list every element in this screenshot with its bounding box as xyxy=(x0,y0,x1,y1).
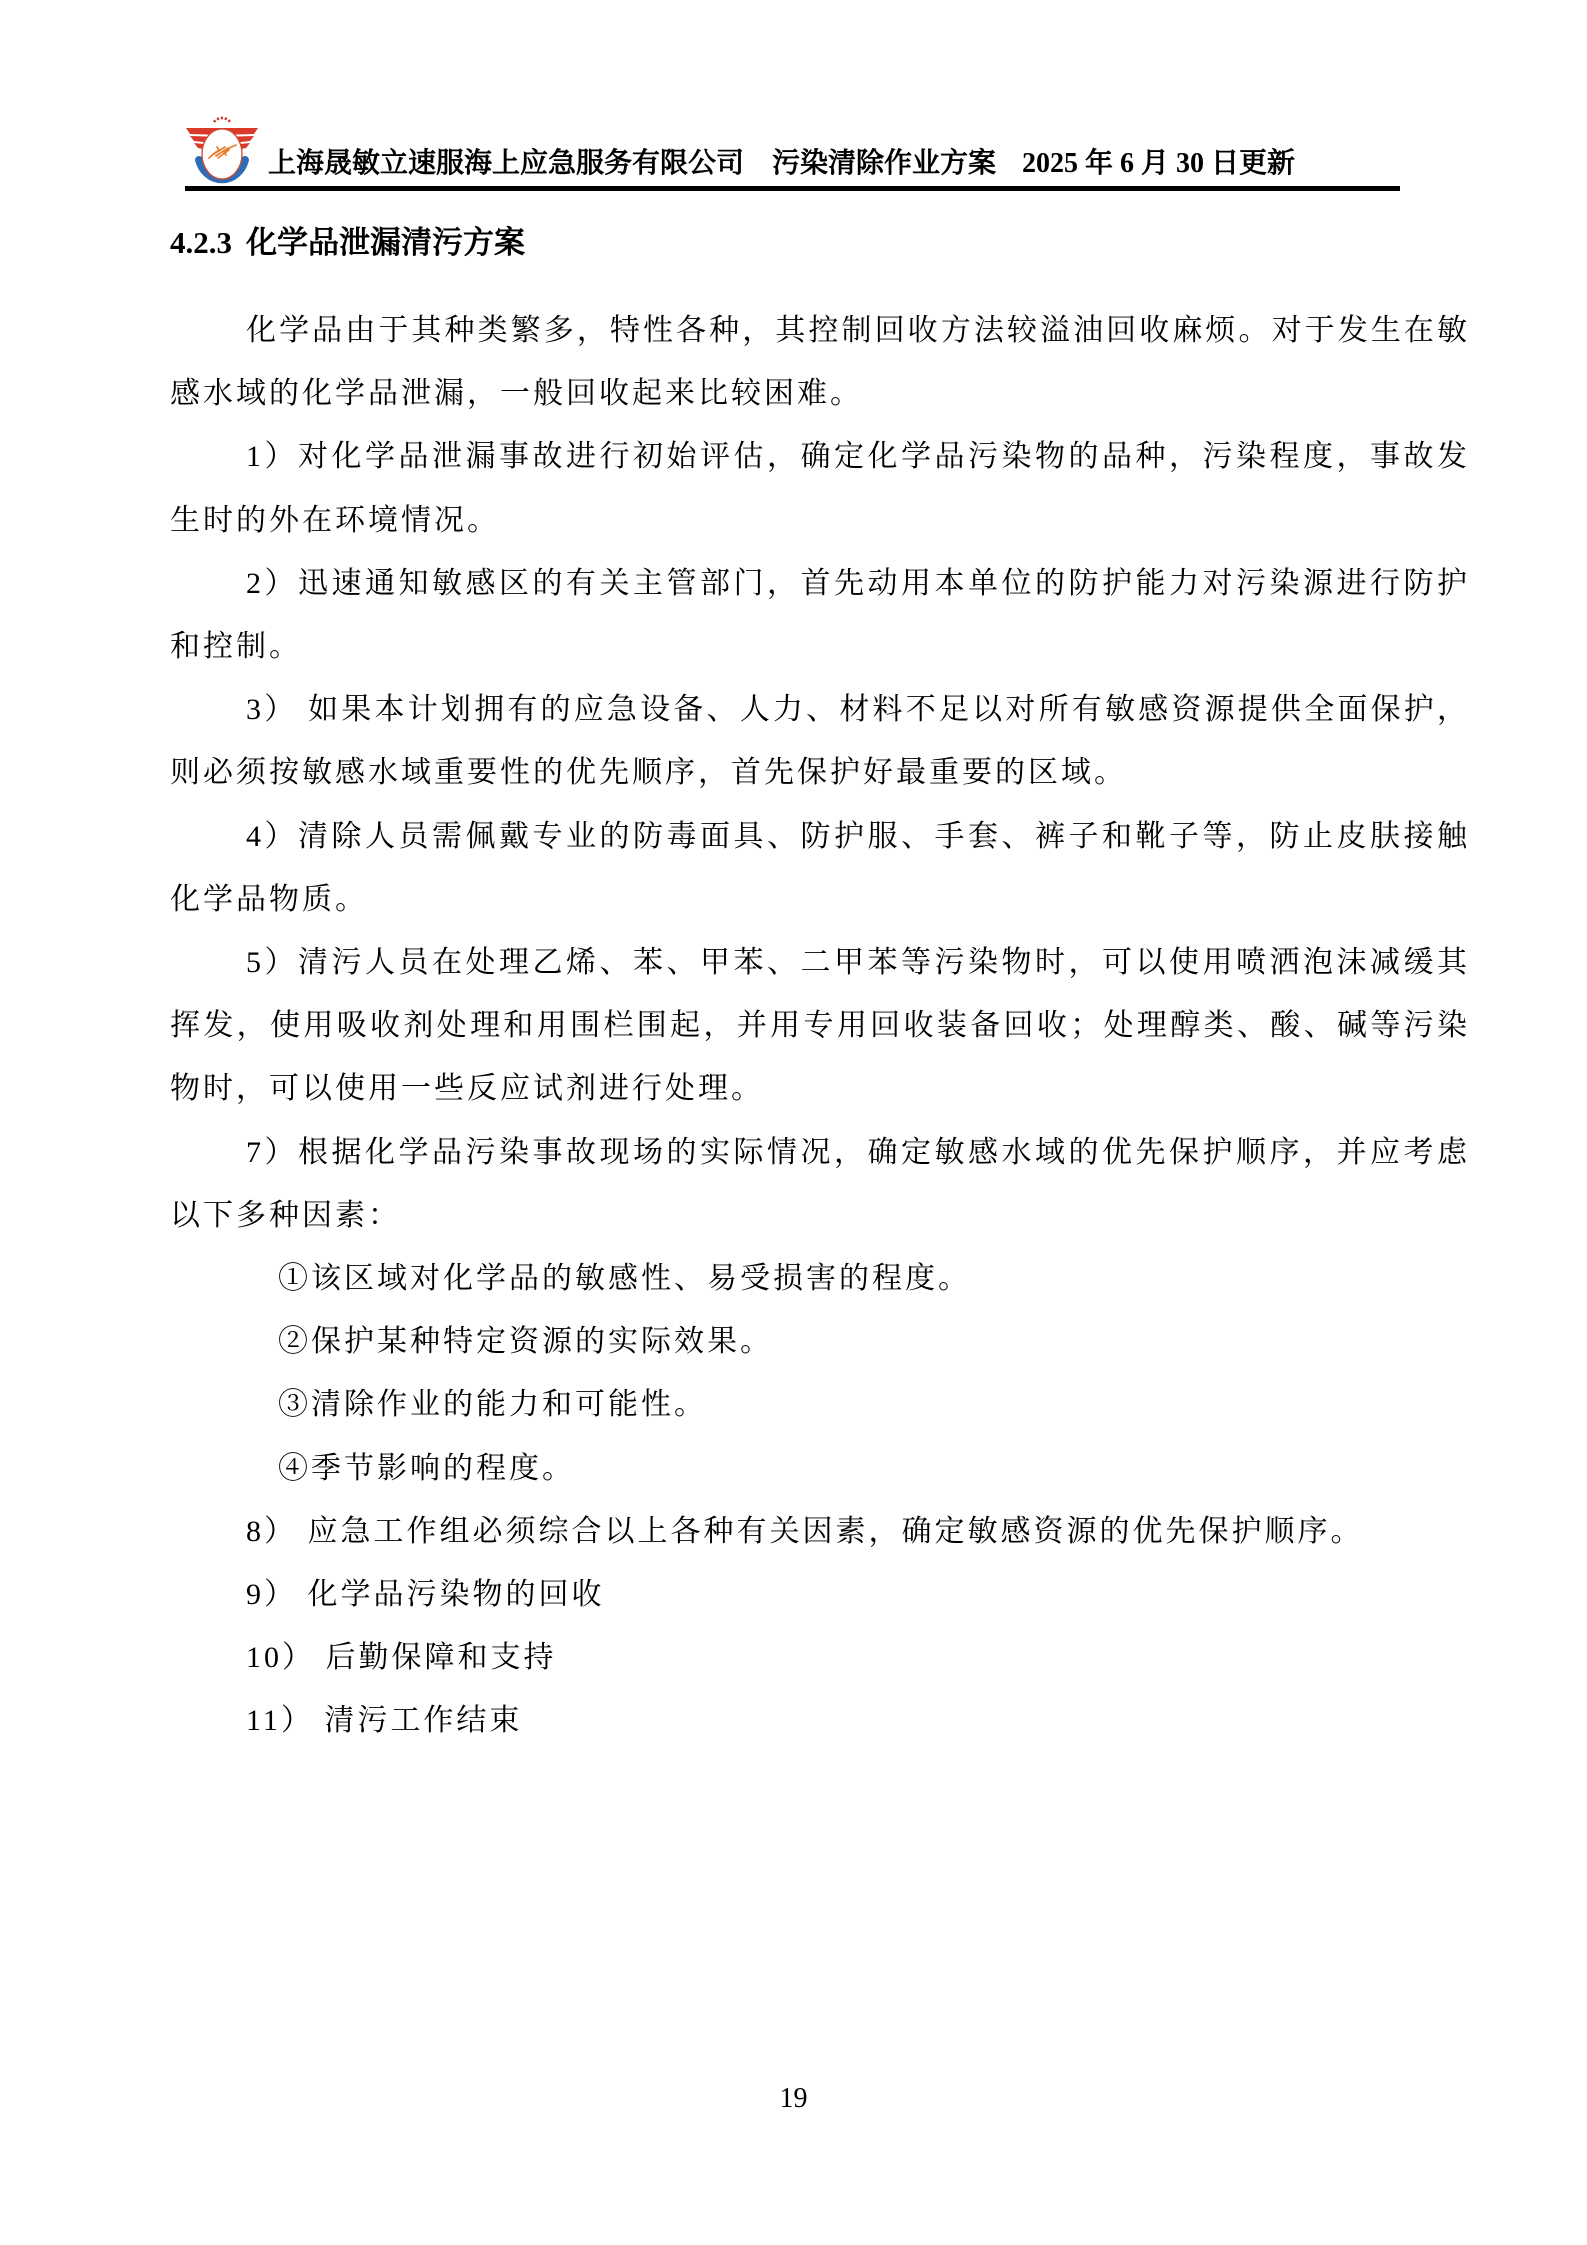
list-item-1: 1）对化学品泄漏事故进行初始评估，确定化学品污染物的品种，污染程度，事故发生时的… xyxy=(170,425,1470,551)
page-number: 19 xyxy=(0,2083,1587,2115)
header-updated-date: 2025 年 6 月 30 日更新 xyxy=(1022,141,1295,181)
list-item-3: 3） 如果本计划拥有的应急设备、人力、材料不足以对所有敏感资源提供全面保护，则必… xyxy=(170,678,1470,804)
list-item-2: 2）迅速通知敏感区的有关主管部门，首先动用本单位的防护能力对污染源进行防护和控制… xyxy=(170,552,1470,678)
list-item-5: 5）清污人员在处理乙烯、苯、甲苯、二甲苯等污染物时，可以使用喷洒泡沫减缓其挥发，… xyxy=(170,931,1470,1121)
section-heading: 4.2.3化学品泄漏清污方案 xyxy=(170,217,525,262)
list-item-8: 8） 应急工作组必须综合以上各种有关因素，确定敏感资源的优先保护顺序。 xyxy=(170,1500,1470,1563)
sub-item-3: ③清除作业的能力和可能性。 xyxy=(170,1373,1470,1436)
section-title: 化学品泄漏清污方案 xyxy=(246,225,525,260)
document-page: 上海晟敏立速服海上应急服务有限公司 污染清除作业方案 2025 年 6 月 30… xyxy=(0,0,1587,2245)
sub-item-1: ①该区域对化学品的敏感性、易受损害的程度。 xyxy=(170,1247,1470,1310)
list-item-4: 4）清除人员需佩戴专业的防毒面具、防护服、手套、裤子和靴子等，防止皮肤接触化学品… xyxy=(170,805,1470,931)
sub-item-4: ④季节影响的程度。 xyxy=(170,1437,1470,1500)
company-logo-icon xyxy=(183,108,261,196)
list-item-9: 9） 化学品污染物的回收 xyxy=(170,1563,1470,1626)
emblem-oval-icon xyxy=(202,129,242,179)
paragraph-intro: 化学品由于其种类繁多，特性各种，其控制回收方法较溢油回收麻烦。对于发生在敏感水域… xyxy=(170,299,1470,425)
list-item-11: 11） 清污工作结束 xyxy=(170,1689,1470,1752)
list-item-10: 10） 后勤保障和支持 xyxy=(170,1626,1470,1689)
header-doc-title: 污染清除作业方案 xyxy=(772,141,996,181)
sub-item-2: ②保护某种特定资源的实际效果。 xyxy=(170,1310,1470,1373)
header-company-name: 上海晟敏立速服海上应急服务有限公司 xyxy=(268,141,744,181)
crest-arc-icon xyxy=(214,118,230,122)
list-item-7: 7）根据化学品污染事故现场的实际情况，确定敏感水域的优先保护顺序，并应考虑以下多… xyxy=(170,1121,1470,1247)
header-rule xyxy=(185,186,1400,191)
document-body: 化学品由于其种类繁多，特性各种，其控制回收方法较溢油回收麻烦。对于发生在敏感水域… xyxy=(170,299,1470,1753)
section-number: 4.2.3 xyxy=(170,225,232,260)
